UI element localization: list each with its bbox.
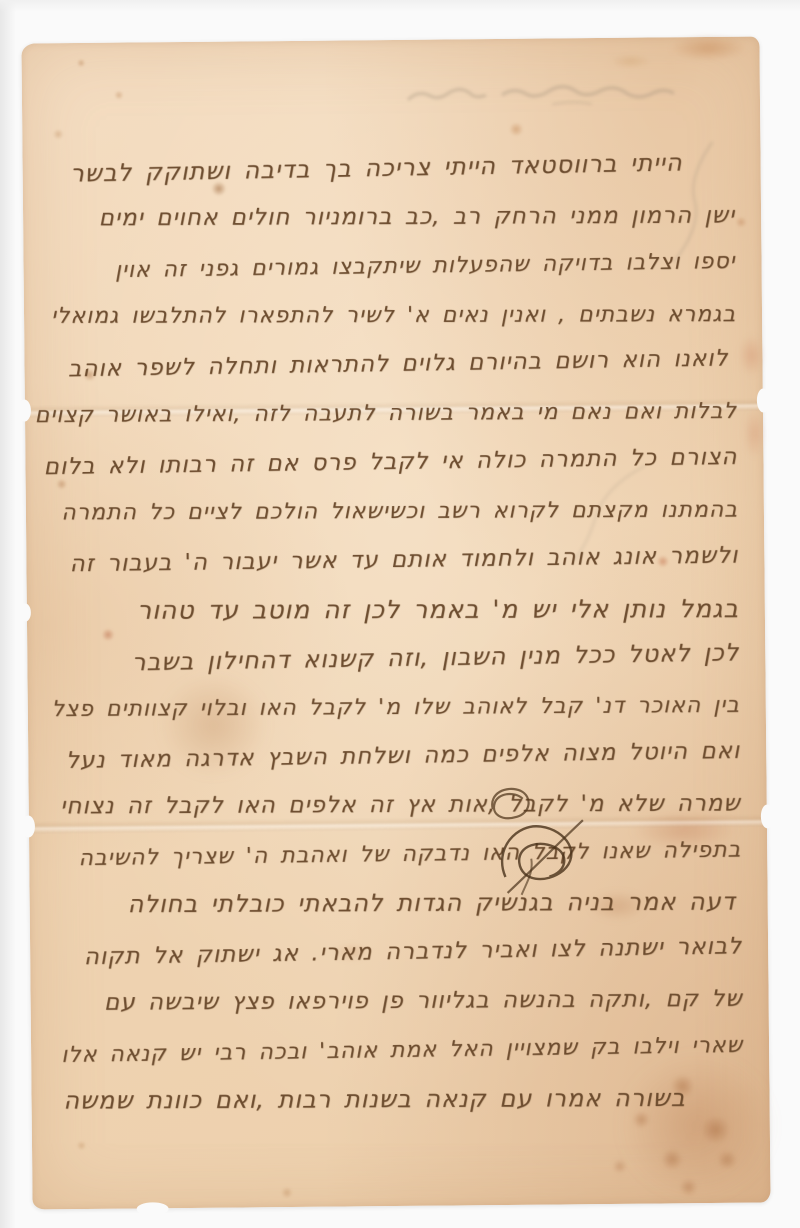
- handwritten-line: בתפילה שאנו לקבל האו נדבקה של ואהבת ה' ש…: [51, 825, 742, 883]
- handwriting-block: הייתי ברווסטאד הייתי צריכה בך בדיבה ושתו…: [44, 141, 743, 1128]
- stain: [738, 334, 764, 376]
- handwritten-line: לבלות ואם נאם מי באמר בשורה לתעבה לזה ,ו…: [47, 387, 737, 440]
- stain: [612, 1160, 627, 1173]
- letter-page: הייתי ברווסטאד הייתי צריכה בך בדיבה ושתו…: [21, 36, 770, 1209]
- stain: [610, 54, 652, 69]
- scanned-letter-image: { "document": { "type": "Scanned single-…: [0, 0, 800, 1228]
- edge-notch: [18, 399, 31, 421]
- handwritten-line: לואנו הוא רושם בהיורם גלוים להתראות ותחל…: [46, 334, 729, 394]
- edge-notch: [137, 1202, 169, 1215]
- stain: [114, 91, 124, 100]
- handwritten-line: ישן הרמון ממני הרחק רב ,כב ברומניור חולי…: [45, 192, 735, 244]
- stain: [678, 1179, 698, 1195]
- stain: [77, 59, 86, 67]
- handwritten-line: בגמל נותן אלי יש מ' באמר לכן זה מוטב עד …: [49, 584, 739, 635]
- ink-bleed-through: [402, 79, 712, 112]
- handwritten-line: הצורם כל התמרה כולה אי לקבל פרס אם זה רב…: [47, 433, 738, 492]
- handwritten-line: הייתי ברווסטאד הייתי צריכה בך בדיבה ושתו…: [44, 138, 683, 199]
- handwritten-line: לכן לאטל ככל מנין השבון ,וזה קשנוא דהחיל…: [49, 628, 740, 688]
- ink-scribble-crossout: [487, 814, 596, 899]
- handwritten-line: יספו וצלבו בדויקה שהפעלות שיתקבצו גמורים…: [45, 237, 736, 296]
- stain: [508, 123, 524, 136]
- edge-notch: [757, 388, 770, 412]
- handwritten-line: של קם ,ותקה בהנשה בגליוור פן פוירפאו פצץ…: [52, 975, 742, 1028]
- stain: [743, 408, 765, 458]
- stain: [76, 1141, 87, 1150]
- handwritten-line: בין האוכר דנ' קבל לאוהב שלו מ' לקבל האו …: [50, 681, 740, 734]
- handwritten-line: בשורה אמרו עם קנאה בשנות רבות ,ואם כוונת…: [53, 1074, 685, 1126]
- stain: [280, 1187, 293, 1198]
- handwritten-line: ולשמר אונג אוהב ולחמוד אותם עד אשר יעבור…: [48, 532, 739, 590]
- stain: [716, 1151, 738, 1169]
- stain: [669, 35, 747, 62]
- stain: [660, 1149, 684, 1169]
- handwritten-line: שארי וילבו בק שמצויין האל אמת אוהב' ובכה…: [53, 1021, 744, 1080]
- handwritten-line: בגמרא נשבתים , ואנין נאים א' לשיר להתפאר…: [46, 290, 736, 341]
- handwritten-line: בהמתנו מקצתם לקרוא רשב וכשישאול הולכם לצ…: [48, 486, 738, 538]
- handwritten-line: שמרה שלא מ' לקבל ,אות אץ זה אלפים האו לק…: [51, 780, 741, 832]
- stain: [52, 129, 64, 139]
- scanner-background-edge: [0, 0, 16, 1228]
- stain: [735, 217, 747, 228]
- scanner-background-edge-top: [0, 0, 800, 12]
- handwritten-line: לבואר ישתנה לצו ואביר לנדברה מארי. אג יש…: [52, 922, 743, 982]
- edge-notch: [761, 804, 774, 828]
- edge-notch: [22, 815, 35, 837]
- handwritten-line: דעה אמר בניה בגנשיק הגדות להבאתי כובלתי …: [52, 878, 736, 930]
- handwritten-line: ואם היוטל מצוה אלפים כמה ושלחת השבץ אדרג…: [50, 727, 741, 786]
- edge-notch: [20, 604, 31, 622]
